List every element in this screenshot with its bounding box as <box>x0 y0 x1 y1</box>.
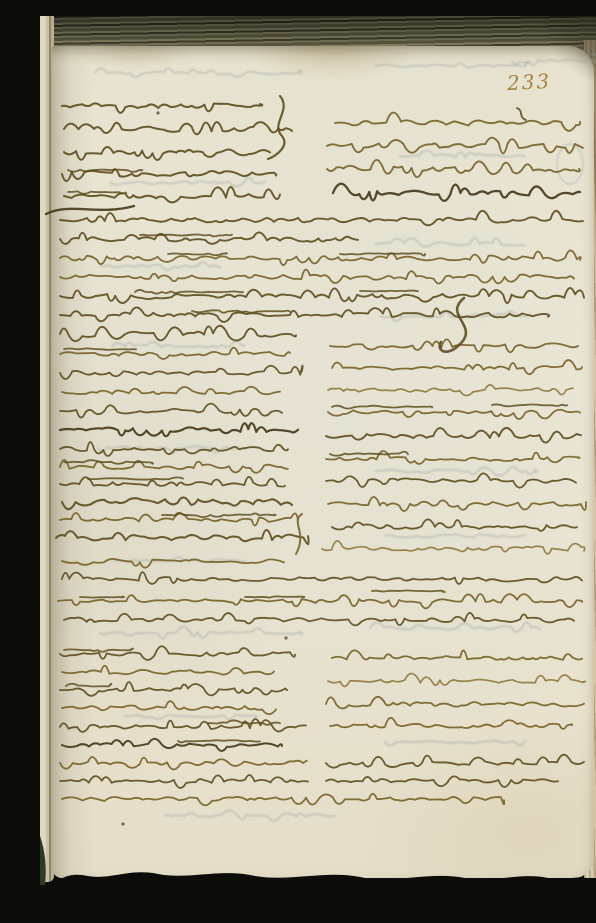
folio-number: 233 <box>506 69 551 95</box>
manuscript-page <box>52 46 594 878</box>
manuscript-photo: 233 <box>40 16 596 907</box>
